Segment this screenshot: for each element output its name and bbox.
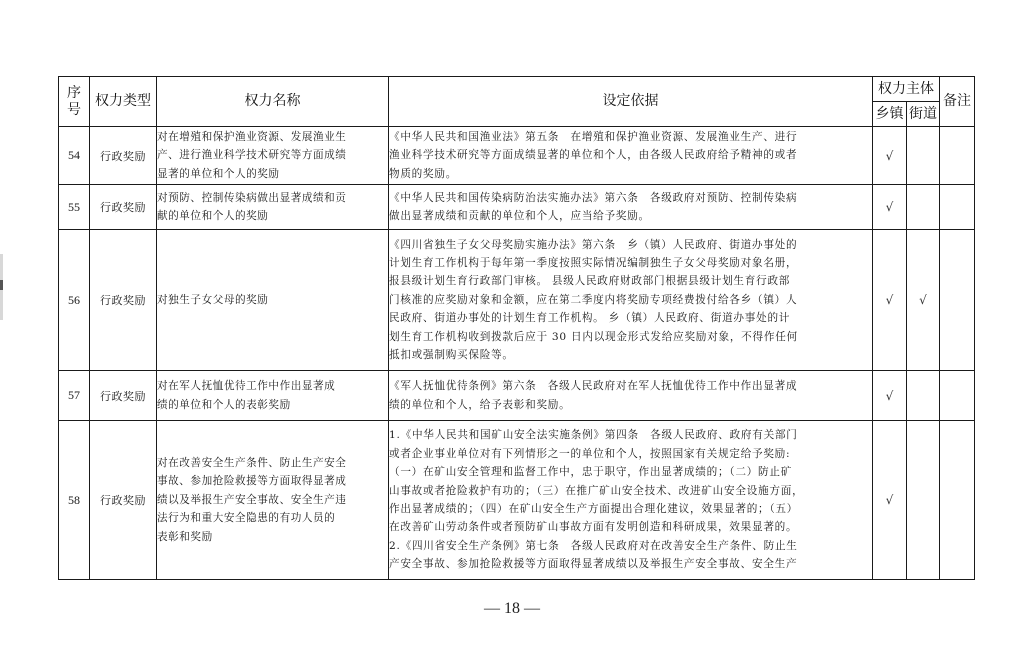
row-name-line: 对独生子女父母的奖励	[157, 291, 388, 309]
row-name-line: 法行为和重大安全隐患的有功人员的	[157, 509, 388, 527]
header-note: 备注	[940, 77, 975, 127]
row-basis-line: 绩的单位和个人，给予表彰和奖励。	[389, 396, 872, 414]
side-scroll-thumb[interactable]	[0, 280, 3, 290]
row-seq: 54	[59, 127, 90, 185]
row-seq: 58	[59, 421, 90, 580]
row-basis-line: 《四川省独生子女父母奖励实施办法》第六条 乡（镇）人民政府、街道办事处的	[389, 236, 872, 254]
row-note	[940, 185, 975, 230]
row-type: 行政奖励	[90, 185, 157, 230]
row-basis: 《军人抚恤优待条例》第六条 各级人民政府对在军人抚恤优待工作中作出显著成绩的单位…	[389, 371, 873, 421]
row-name-line: 对在军人抚恤优待工作中作出显著成	[157, 377, 388, 395]
row-name: 对在改善安全生产条件、防止生产安全事故、参加抢险救援等方面取得显著成绩以及举报生…	[157, 421, 389, 580]
row-basis-line: 划生育工作机构收到拨款后应于 30 日内以现金形式发给应奖励对象，不得作任何	[389, 328, 872, 346]
row-basis: 《中华人民共和国渔业法》第五条 在增殖和保护渔业资源、发展渔业生产、进行渔业科学…	[389, 127, 873, 185]
row-name-line: 显著的单位和个人的奖励	[157, 165, 388, 183]
row-basis-line: 抵扣或强制购买保险等。	[389, 346, 872, 364]
row-street-check	[907, 127, 940, 185]
row-note	[940, 127, 975, 185]
row-basis-line: 《中华人民共和国传染病防治法实施办法》第六条 各级政府对预防、控制传染病	[389, 189, 872, 207]
row-name: 对在军人抚恤优待工作中作出显著成绩的单位和个人的表彰奖励	[157, 371, 389, 421]
row-basis: 《四川省独生子女父母奖励实施办法》第六条 乡（镇）人民政府、街道办事处的计划生育…	[389, 230, 873, 371]
row-street-check	[907, 371, 940, 421]
row-basis-line: 作出显著成绩的；（四）在矿山安全生产方面提出合理化建议，效果显著的；（五）	[389, 500, 872, 518]
row-basis-line: 1.《中华人民共和国矿山安全法实施条例》第四条 各级人民政府、政府有关部门	[389, 426, 872, 444]
row-basis-line: （一）在矿山安全管理和监督工作中，忠于职守，作出显著成绩的；（二）防止矿	[389, 463, 872, 481]
row-type: 行政奖励	[90, 421, 157, 580]
page-number: — 18 —	[0, 600, 1024, 618]
header-seq-line1: 序	[59, 85, 89, 102]
row-basis-line: 山事故或者抢险救护有功的；（三）在推广矿山安全技术、改进矿山安全设施方面，	[389, 482, 872, 500]
table-row: 54行政奖励对在增殖和保护渔业资源、发展渔业生产、进行渔业科学技术研究等方面成绩…	[59, 127, 975, 185]
row-basis-line: 民政府、街道办事处的计划生育工作机构。 乡（镇）人民政府、街道办事处的计	[389, 309, 872, 327]
table-row: 55行政奖励对预防、控制传染病做出显著成绩和贡献的单位和个人的奖励《中华人民共和…	[59, 185, 975, 230]
row-note	[940, 421, 975, 580]
row-name-line: 献的单位和个人的奖励	[157, 207, 388, 225]
row-basis-line: 物质的奖励。	[389, 165, 872, 183]
row-basis: 1.《中华人民共和国矿山安全法实施条例》第四条 各级人民政府、政府有关部门或者企…	[389, 421, 873, 580]
row-name-line: 绩的单位和个人的表彰奖励	[157, 396, 388, 414]
row-street-check	[907, 421, 940, 580]
row-note	[940, 230, 975, 371]
header-subject-street: 街道	[907, 102, 940, 127]
row-street-check: √	[907, 230, 940, 371]
row-seq: 55	[59, 185, 90, 230]
header-seq: 序 号	[59, 77, 90, 127]
header-subject-town: 乡镇	[873, 102, 907, 127]
header-seq-line2: 号	[59, 102, 89, 119]
row-basis-line: 产安全事故、参加抢险救援等方面取得显著成绩以及举报生产安全事故、安全生产	[389, 555, 872, 573]
row-basis-line: 门核准的应奖励对象和金额，应在第二季度内将奖励专项经费拨付给各乡（镇）人	[389, 291, 872, 309]
row-basis-line: 渔业科学技术研究等方面成绩显著的单位和个人，由各级人民政府给予精神的或者	[389, 146, 872, 164]
table-row: 56行政奖励对独生子女父母的奖励《四川省独生子女父母奖励实施办法》第六条 乡（镇…	[59, 230, 975, 371]
row-basis: 《中华人民共和国传染病防治法实施办法》第六条 各级政府对预防、控制传染病做出显著…	[389, 185, 873, 230]
header-basis: 设定依据	[389, 77, 873, 127]
row-seq: 56	[59, 230, 90, 371]
row-name-line: 对预防、控制传染病做出显著成绩和贡	[157, 189, 388, 207]
row-town-check: √	[873, 127, 907, 185]
row-basis-line: 2.《四川省安全生产条例》第七条 各级人民政府对在改善安全生产条件、防止生	[389, 537, 872, 555]
row-name-line: 对在增殖和保护渔业资源、发展渔业生	[157, 128, 388, 146]
row-seq: 57	[59, 371, 90, 421]
power-list-table: 序 号 权力类型 权力名称 设定依据 权力主体 备注 乡镇 街道 54行政奖励对…	[58, 76, 975, 580]
row-name-line: 事故、参加抢险救援等方面取得显著成	[157, 472, 388, 490]
row-name-line: 对在改善安全生产条件、防止生产安全	[157, 454, 388, 472]
table-row: 57行政奖励对在军人抚恤优待工作中作出显著成绩的单位和个人的表彰奖励《军人抚恤优…	[59, 371, 975, 421]
row-name: 对预防、控制传染病做出显著成绩和贡献的单位和个人的奖励	[157, 185, 389, 230]
row-name: 对在增殖和保护渔业资源、发展渔业生产、进行渔业科学技术研究等方面成绩显著的单位和…	[157, 127, 389, 185]
row-type: 行政奖励	[90, 371, 157, 421]
row-name-line: 表彰和奖励	[157, 528, 388, 546]
row-basis-line: 计划生育工作机构于每年第一季度按照实际情况编制独生子女父母奖励对象名册，	[389, 254, 872, 272]
header-type: 权力类型	[90, 77, 157, 127]
row-name-line: 绩以及举报生产安全事故、安全生产违	[157, 491, 388, 509]
row-basis-line: 在改善矿山劳动条件或者预防矿山事故方面有发明创造和科研成果，效果显著的。	[389, 518, 872, 536]
row-name: 对独生子女父母的奖励	[157, 230, 389, 371]
row-basis-line: 《军人抚恤优待条例》第六条 各级人民政府对在军人抚恤优待工作中作出显著成	[389, 377, 872, 395]
side-scroll-tab[interactable]	[0, 254, 3, 320]
row-town-check: √	[873, 185, 907, 230]
row-type: 行政奖励	[90, 230, 157, 371]
row-type: 行政奖励	[90, 127, 157, 185]
row-town-check: √	[873, 230, 907, 371]
row-basis-line: 或者企业事业单位对有下列情形之一的单位和个人，按照国家有关规定给予奖励:	[389, 445, 872, 463]
row-town-check: √	[873, 421, 907, 580]
row-street-check	[907, 185, 940, 230]
row-basis-line: 报县级计划生育行政部门审核。 县级人民政府财政部门根据县级计划生育行政部	[389, 272, 872, 290]
header-subject: 权力主体	[873, 77, 940, 102]
row-name-line: 产、进行渔业科学技术研究等方面成绩	[157, 146, 388, 164]
row-basis-line: 做出显著成绩和贡献的单位和个人，应当给予奖励。	[389, 207, 872, 225]
header-name: 权力名称	[157, 77, 389, 127]
row-note	[940, 371, 975, 421]
row-town-check: √	[873, 371, 907, 421]
row-basis-line: 《中华人民共和国渔业法》第五条 在增殖和保护渔业资源、发展渔业生产、进行	[389, 128, 872, 146]
table-row: 58行政奖励对在改善安全生产条件、防止生产安全事故、参加抢险救援等方面取得显著成…	[59, 421, 975, 580]
